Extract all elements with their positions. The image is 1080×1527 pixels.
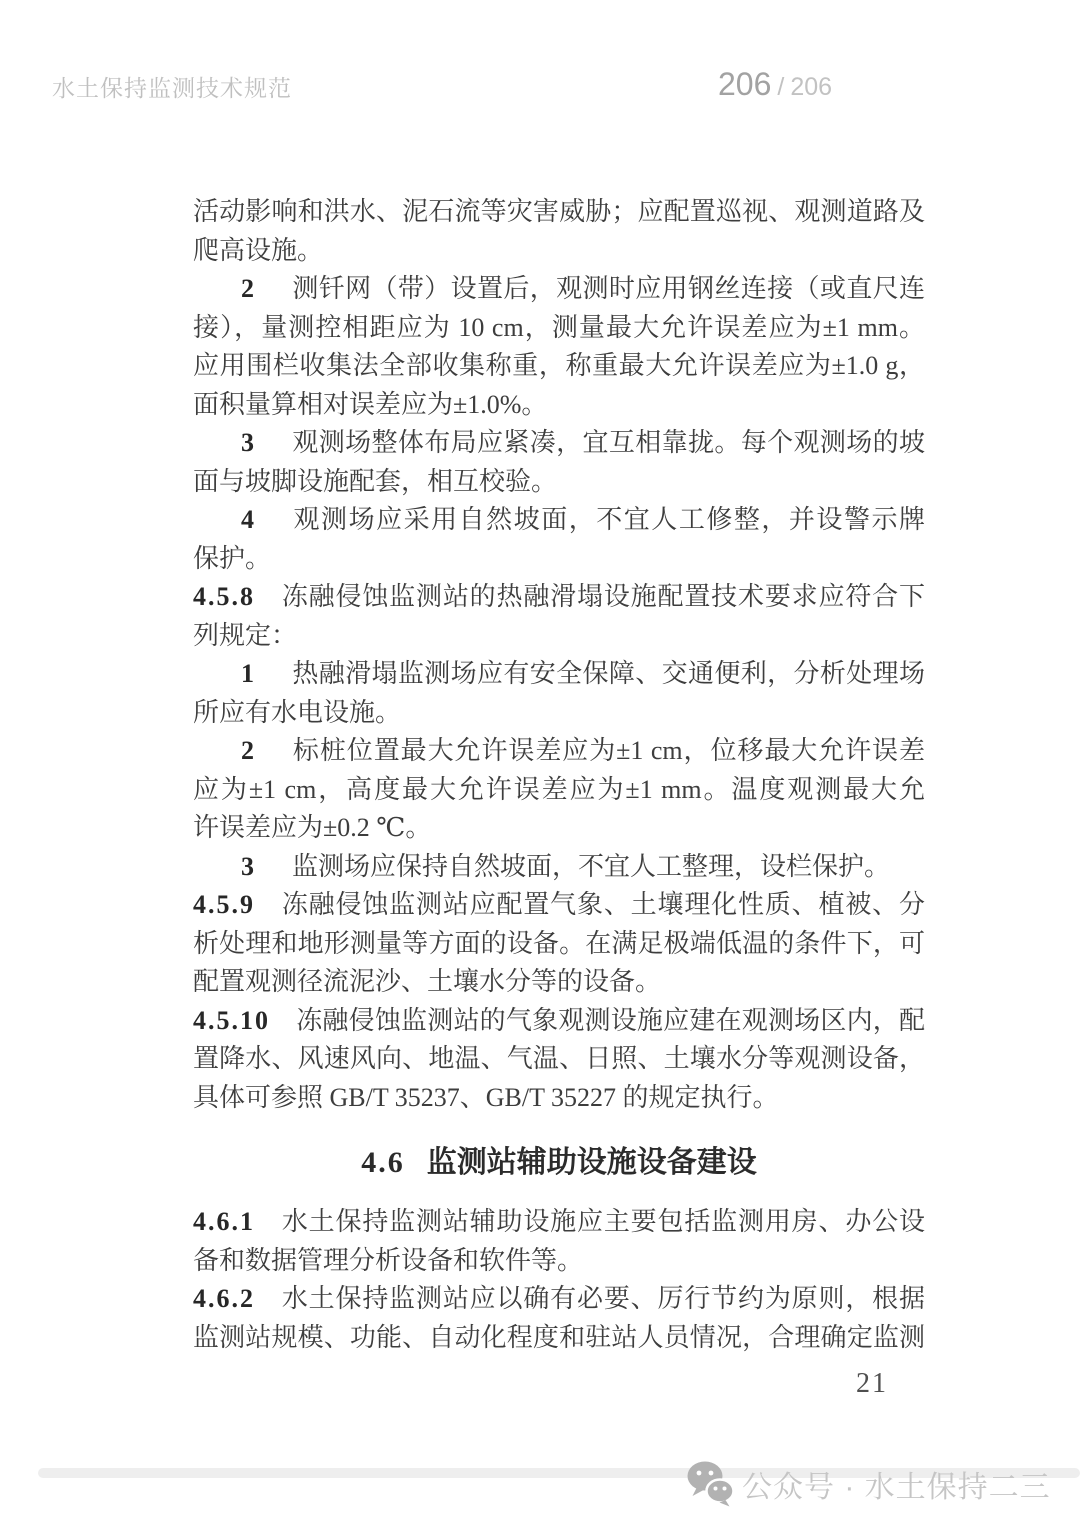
text-line: 爬高设施。 xyxy=(193,232,925,271)
text-line: 析处理和地形测量等方面的设备。在满足极端低温的条件下，可 xyxy=(193,925,925,964)
text-line: 备和数据管理分析设备和软件等。 xyxy=(193,1242,925,1281)
clause-number: 4.5.9 xyxy=(193,890,255,919)
line-text: 监测站规模、功能、自动化程度和驻站人员情况，合理确定监测 xyxy=(193,1323,925,1352)
line-text: 测钎网（带）设置后，观测时应用钢丝连接（或直尺连 xyxy=(292,274,925,303)
text-line: 面与坡脚设施配套，相互校验。 xyxy=(193,463,925,502)
page-current: 206 xyxy=(718,66,771,102)
clause-number: 4.5.8 xyxy=(193,582,255,611)
text-line: 4.5.10冻融侵蚀监测站的气象观测设施应建在观测场区内，配 xyxy=(193,1002,925,1041)
line-text: 冻融侵蚀监测站的气象观测设施应建在观测场区内，配 xyxy=(296,1006,925,1035)
line-text: 冻融侵蚀监测站应配置气象、土壤理化性质、植被、分 xyxy=(281,890,925,919)
section-heading: 4.6监测站辅助设施设备建设 xyxy=(193,1141,925,1185)
line-text: 观测场应采用自然坡面，不宜人工修整，并设警示牌 xyxy=(292,505,925,534)
text-line: 具体可参照 GB/T 35237、GB/T 35227 的规定执行。 xyxy=(193,1079,925,1118)
watermark: 公众号 · 水土保持二三 xyxy=(686,1461,1051,1507)
page-number: 21 xyxy=(856,1368,888,1400)
text-line: 许误差应为±0.2 ℃。 xyxy=(193,809,925,848)
line-text: 保护。 xyxy=(193,544,271,573)
line-text: 面与坡脚设施配套，相互校验。 xyxy=(193,467,557,496)
text-line: 置降水、风速风向、地温、气温、日照、土壤水分等观测设备， xyxy=(193,1040,925,1079)
text-line: 4.6.1水土保持监测站辅助设施应主要包括监测用房、办公设 xyxy=(193,1203,925,1242)
line-text: 水土保持监测站辅助设施应主要包括监测用房、办公设 xyxy=(281,1207,925,1236)
text-line: 接），量测控相距应为 10 cm，测量最大允许误差应为±1 mm。 xyxy=(193,309,925,348)
clause-number: 4.6.2 xyxy=(193,1284,255,1313)
text-line: 3监测场应保持自然坡面，不宜人工整理，设栏保护。 xyxy=(193,848,925,887)
page-separator: / xyxy=(777,73,784,101)
line-text: 配置观测径流泥沙、土壤水分等的设备。 xyxy=(193,967,661,996)
viewer-document-title: 水土保持监测技术规范 xyxy=(52,70,292,103)
line-text: 热融滑塌监测场应有安全保障、交通便利，分析处理场 xyxy=(292,659,925,688)
line-text: 活动影响和洪水、泥石流等灾害威胁；应配置巡视、观测道路及 xyxy=(193,197,925,226)
line-text: 许误差应为±0.2 ℃。 xyxy=(193,813,431,842)
clause-number: 3 xyxy=(241,428,254,457)
text-line: 面积量算相对误差应为±1.0%。 xyxy=(193,386,925,425)
text-line: 保护。 xyxy=(193,540,925,579)
clause-number: 2 xyxy=(241,736,254,765)
line-text: 具体可参照 GB/T 35237、GB/T 35227 的规定执行。 xyxy=(193,1083,779,1112)
line-text: 水土保持监测站应以确有必要、厉行节约为原则，根据 xyxy=(281,1284,925,1313)
text-line: 4.5.8冻融侵蚀监测站的热融滑塌设施配置技术要求应符合下 xyxy=(193,578,925,617)
line-text: 冻融侵蚀监测站的热融滑塌设施配置技术要求应符合下 xyxy=(281,582,925,611)
line-text: 爬高设施。 xyxy=(193,236,323,265)
section-title: 监测站辅助设施设备建设 xyxy=(427,1146,757,1179)
document-page: 活动影响和洪水、泥石流等灾害威胁；应配置巡视、观测道路及 爬高设施。 2测钎网（… xyxy=(193,193,925,1117)
text-line: 所应有水电设施。 xyxy=(193,694,925,733)
document-page-continued: 4.6.1水土保持监测站辅助设施应主要包括监测用房、办公设 备和数据管理分析设备… xyxy=(193,1203,925,1357)
text-line: 2测钎网（带）设置后，观测时应用钢丝连接（或直尺连 xyxy=(193,270,925,309)
text-line: 2标桩位置最大允许误差应为±1 cm，位移最大允许误差 xyxy=(193,732,925,771)
clause-number: 4.5.10 xyxy=(193,1006,270,1035)
line-text: 置降水、风速风向、地温、气温、日照、土壤水分等观测设备， xyxy=(193,1044,925,1073)
text-line: 配置观测径流泥沙、土壤水分等的设备。 xyxy=(193,963,925,1002)
line-text: 备和数据管理分析设备和软件等。 xyxy=(193,1246,583,1275)
text-line: 监测站规模、功能、自动化程度和驻站人员情况，合理确定监测 xyxy=(193,1319,925,1358)
line-text: 面积量算相对误差应为±1.0%。 xyxy=(193,390,547,419)
wechat-icon xyxy=(686,1461,734,1507)
line-text: 析处理和地形测量等方面的设备。在满足极端低温的条件下，可 xyxy=(193,929,925,958)
watermark-text: 公众号 · 水土保持二三 xyxy=(742,1462,1051,1506)
document-viewer: 水土保持监测技术规范 206/206 活动影响和洪水、泥石流等灾害威胁；应配置巡… xyxy=(0,0,1080,1527)
line-text: 应为±1 cm，高度最大允许误差应为±1 mm。温度观测最大允 xyxy=(193,775,925,804)
text-line: 应用围栏收集法全部收集称重，称重最大允许误差应为±1.0 g， xyxy=(193,347,925,386)
text-line: 4观测场应采用自然坡面，不宜人工修整，并设警示牌 xyxy=(193,501,925,540)
text-line: 3观测场整体布局应紧凑，宜互相靠拢。每个观测场的坡 xyxy=(193,424,925,463)
text-line: 1热融滑塌监测场应有安全保障、交通便利，分析处理场 xyxy=(193,655,925,694)
clause-number: 3 xyxy=(241,852,254,881)
text-line: 4.5.9冻融侵蚀监测站应配置气象、土壤理化性质、植被、分 xyxy=(193,886,925,925)
text-line: 活动影响和洪水、泥石流等灾害威胁；应配置巡视、观测道路及 xyxy=(193,193,925,232)
line-text: 接），量测控相距应为 10 cm，测量最大允许误差应为±1 mm。 xyxy=(193,313,925,342)
line-text: 标桩位置最大允许误差应为±1 cm，位移最大允许误差 xyxy=(292,736,925,765)
clause-number: 4 xyxy=(241,505,254,534)
line-text: 监测场应保持自然坡面，不宜人工整理，设栏保护。 xyxy=(292,852,890,881)
section-number: 4.6 xyxy=(361,1146,405,1179)
clause-number: 1 xyxy=(241,659,254,688)
line-text: 所应有水电设施。 xyxy=(193,698,401,727)
clause-number: 2 xyxy=(241,274,254,303)
text-line: 应为±1 cm，高度最大允许误差应为±1 mm。温度观测最大允 xyxy=(193,771,925,810)
clause-number: 4.6.1 xyxy=(193,1207,255,1236)
page-indicator: 206/206 xyxy=(718,66,832,103)
line-text: 列规定： xyxy=(193,621,297,650)
page-total: 206 xyxy=(790,73,832,101)
line-text: 应用围栏收集法全部收集称重，称重最大允许误差应为±1.0 g， xyxy=(193,351,925,380)
text-line: 列规定： xyxy=(193,617,925,656)
line-text: 观测场整体布局应紧凑，宜互相靠拢。每个观测场的坡 xyxy=(292,428,925,457)
text-line: 4.6.2水土保持监测站应以确有必要、厉行节约为原则，根据 xyxy=(193,1280,925,1319)
